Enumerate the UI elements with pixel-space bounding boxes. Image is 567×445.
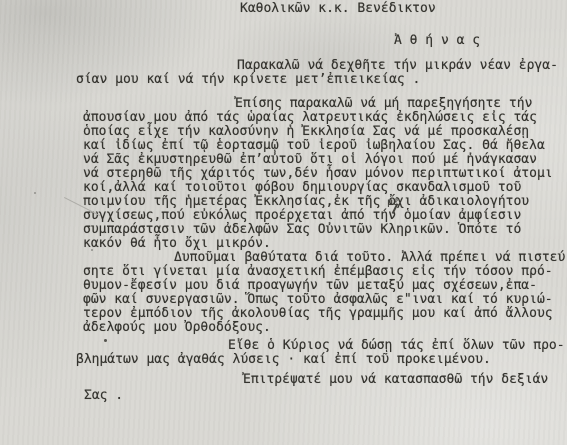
typewritten-line: συγχίσεως,πού εὐκόλως προέρχεται ἀπό τήν… (83, 209, 521, 222)
ink-speck (34, 192, 36, 194)
typewritten-line: Ἐπιτρέψατέ μου νά κατασπασθῶ τήν δεξιάν (243, 373, 548, 386)
scanned-letter-page: Καθολικῶν κ.κ. ΒενέδικτονἈ θ ή ν α ςΠαρα… (0, 0, 567, 445)
ink-speck (104, 339, 107, 342)
typewritten-line: τερον ἐμπόδιον τῆς ἀκολουθίας τῆς γραμμῆ… (83, 307, 553, 320)
typewritten-line: Σας . (84, 389, 123, 402)
typewritten-line: φῶν καί συνεργασιῶν. Ὅπως τοῦτο ἀσφαλῶς … (83, 293, 553, 306)
typewritten-line: Εἴθε ὁ Κύριος νά δώσῃ τάς ἐπί ὅλων τῶν π… (228, 339, 565, 352)
typewritten-line: Ἐπίσης παρακαλῶ νά μή παρεξηγήσητε τήν (235, 97, 532, 110)
typewritten-line: ἀδελφούς μου Ὀρθοδόξους. (83, 321, 271, 334)
typewritten-line: νά Σᾶς ἐκμυστηρευθῶ ἐπ’αὐτοῦ ὅτι οἱ λόγο… (83, 153, 537, 166)
typewritten-line: Δυποῦμαι βαθύτατα διά τοῦτο. Ἀλλά πρέπει… (174, 251, 565, 264)
typewritten-line: θυμον-ἔφεσίν μου διά προαγωγήν τῶν μεταξ… (83, 279, 537, 292)
typewritten-line: βλημάτων μας ἀγαθάς λύσεις · καί ἐπί τοῦ… (76, 353, 491, 366)
typewritten-line: συμπαράστασιν τῶν ἀδελφῶν Σας Οὐνιτῶν Κλ… (83, 223, 521, 236)
typewritten-line: ἀπουσίαν μου ἀπό τάς ὡραίας λατρευτικάς … (83, 111, 537, 124)
typewritten-line: νά στερηθῶ τῆς χάριτός των,δέν ἦσαν μόνο… (83, 167, 553, 180)
typewritten-line: καί ἰδίως ἐπί τῷ ἑορτασμῷ τοῦ ἱεροῦ ἰωβη… (83, 139, 545, 152)
typewritten-line: Ἀ θ ή ν α ς (394, 34, 480, 47)
typewritten-line: ποιμνίου τῆς ἡμετέρας Ἐκκλησίας,ἐκ τῆς ὄ… (83, 195, 529, 208)
typewritten-line: Παρακαλῶ νά δεχθῆτε τήν μικράν νέαν ἐργα… (237, 59, 558, 72)
typewritten-line: ὁποίας εἶχε τήν καλοσύνην ἡ Ἐκκλησία Σας… (83, 125, 529, 138)
typewritten-line: Καθολικῶν κ.κ. Βενέδικτον (240, 2, 436, 15)
typewritten-line: σητε ὅτι γίνεται μία ἀνασχετική ἐπέμβασι… (83, 265, 553, 278)
ink-speck (91, 249, 93, 251)
typewritten-line: κοί,ἀλλά καί τοιοῦτοι φόβου δημιουργίας … (83, 181, 521, 194)
typewritten-line: κακόν θά ἦτο ὄχι μικρόν. (83, 237, 271, 250)
typewritten-line: σίαν μου καί νά τήν κρίνετε μετ’ἐπιεικεί… (76, 73, 420, 86)
